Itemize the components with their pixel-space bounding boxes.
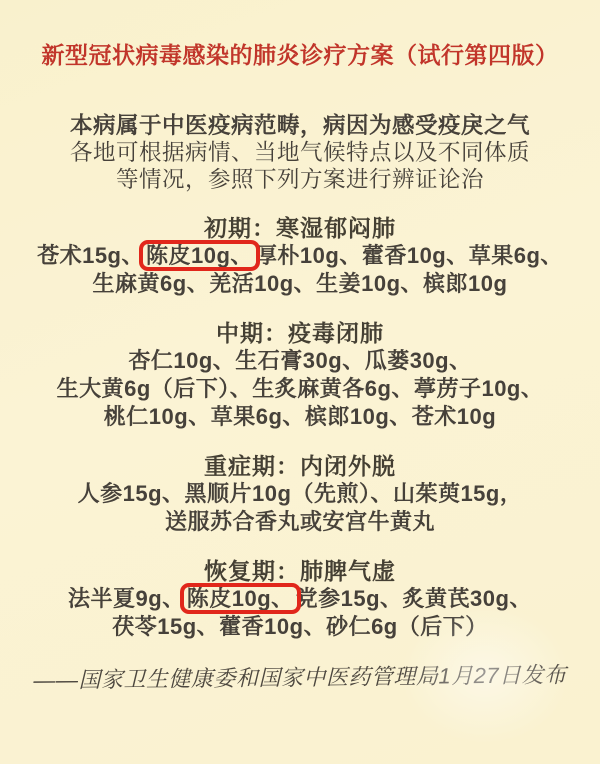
section-heading-initial: 初期：寒湿郁闷肺: [20, 214, 580, 242]
herb-line: 法半夏9g、陈皮10g、党参15g、炙黄芪30g、: [20, 585, 580, 613]
herb-text: 苍术15g、: [37, 243, 144, 268]
herb-text: 党参15g、炙黄芪30g、: [296, 586, 532, 611]
highlight-box-chenpi-1: 陈皮10g、: [144, 242, 255, 270]
section-middle-stage: 中期：疫毒闭肺 杏仁10g、生石膏30g、瓜蒌30g、 生大黄6g（后下）、生炙…: [20, 319, 580, 431]
herb-line: 人参15g、黑顺片10g（先煎）、山茱萸15g，: [20, 480, 580, 508]
intro-line-1: 本病属于中医疫病范畴，病因为感受疫戾之气: [20, 112, 580, 139]
herb-line: 桃仁10g、草果6g、槟郎10g、苍术10g: [20, 403, 580, 431]
highlight-box-chenpi-2: 陈皮10g、: [185, 585, 296, 613]
section-recovery-stage: 恢复期：肺脾气虚 法半夏9g、陈皮10g、党参15g、炙黄芪30g、 茯苓15g…: [20, 557, 580, 641]
herb-line: 苍术15g、陈皮10g、厚朴10g、藿香10g、草果6g、: [20, 242, 580, 270]
section-heading-middle: 中期：疫毒闭肺: [20, 319, 580, 347]
intro-line-2: 各地可根据病情、当地气候特点以及不同体质: [20, 139, 580, 166]
section-initial-stage: 初期：寒湿郁闷肺 苍术15g、陈皮10g、厚朴10g、藿香10g、草果6g、 生…: [20, 214, 580, 298]
section-heading-severe: 重症期：内闭外脱: [20, 452, 580, 480]
intro-line-3: 等情况，参照下列方案进行辨证论治: [20, 166, 580, 193]
section-heading-recovery: 恢复期：肺脾气虚: [20, 557, 580, 585]
herb-text: 厚朴10g、藿香10g、草果6g、: [255, 243, 563, 268]
section-severe-stage: 重症期：内闭外脱 人参15g、黑顺片10g（先煎）、山茱萸15g， 送服苏合香丸…: [20, 452, 580, 536]
page-title: 新型冠状病毒感染的肺炎诊疗方案（试行第四版）: [20, 42, 580, 68]
herb-text: 法半夏9g、: [68, 586, 185, 611]
herb-line: 杏仁10g、生石膏30g、瓜蒌30g、: [20, 347, 580, 375]
herb-line: 生麻黄6g、羌活10g、生姜10g、槟郎10g: [20, 270, 580, 298]
intro-paragraph: 本病属于中医疫病范畴，病因为感受疫戾之气 各地可根据病情、当地气候特点以及不同体…: [20, 112, 580, 193]
tcm-treatment-notice: 新型冠状病毒感染的肺炎诊疗方案（试行第四版） 本病属于中医疫病范畴，病因为感受疫…: [0, 0, 600, 764]
herb-line: 茯苓15g、藿香10g、砂仁6g（后下）: [20, 613, 580, 641]
source-attribution: ——国家卫生健康委和国家中医药管理局1月27日发布: [20, 658, 580, 695]
herb-line: 送服苏合香丸或安宫牛黄丸: [20, 508, 580, 536]
herb-line: 生大黄6g（后下）、生炙麻黄各6g、葶苈子10g、: [20, 375, 580, 403]
